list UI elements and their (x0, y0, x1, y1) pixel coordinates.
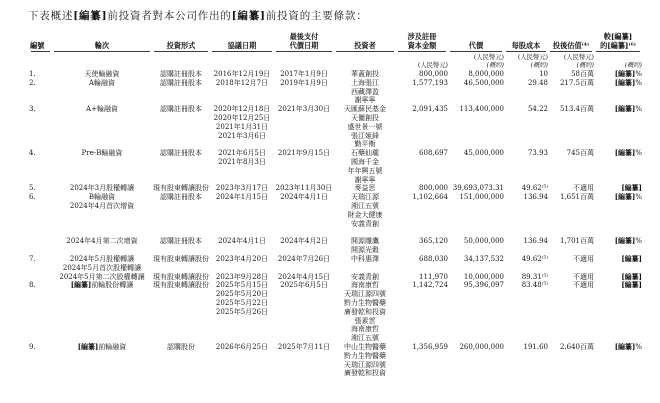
cell-investment-form-line: 現有股東轉讓股份 (152, 273, 210, 282)
cell-registered-capital: 365,120 (396, 237, 448, 255)
cell-consideration-line: 113,400,000 (448, 105, 504, 114)
cell-round-line: 2024年4月第二次增資 (52, 237, 152, 246)
cell-investment-form-line: 認購註冊股本 (152, 193, 210, 202)
cell-agreement-date-line: 2024年4月1日 (210, 237, 274, 246)
cell-cost-per-share: 136.94 (504, 237, 548, 255)
header-rule (276, 51, 332, 52)
cell-payment-date-line: 2021年9月15日 (274, 149, 334, 158)
header-line2: 編號 (29, 41, 52, 50)
header-line1 (504, 32, 548, 41)
cell-number-line (28, 237, 52, 246)
cell-cost-per-share-line: 49.62⁽⁵⁾ (504, 184, 548, 193)
cell-round-line: [編纂]前輪股份轉讓 (52, 281, 152, 290)
header-line2: 投資者 (334, 41, 396, 50)
cell-investor: 中科惠澤 (334, 255, 396, 273)
header-sub2: (概約) (548, 62, 594, 70)
cell-investor-line: 開源雕鷹 (334, 237, 396, 246)
cell-number-line (28, 273, 52, 282)
cell-investor-line: 湘江五號 (334, 202, 396, 211)
header-round: 輪次 (52, 32, 152, 70)
cell-consideration-line: 8,000,000 (448, 70, 504, 79)
cell-registered-capital-line: 1,142,724 (396, 281, 448, 290)
cell-investor: 天瑞江源湘江五號財金大健康安義青創 (334, 193, 396, 228)
cell-agreement-date: 2018年12月7日 (210, 79, 274, 105)
cell-agreement-date: 2024年4月1日 (210, 237, 274, 255)
cell-agreement-date-line: 2021年3月6日 (210, 132, 274, 141)
header-rule (31, 51, 50, 52)
cell-agreement-date-line: 2018年12月7日 (210, 79, 274, 88)
cell-discount: [編纂]% (594, 149, 642, 184)
intro-text: 下表概述[編纂]前投資者對本公司作出的[編纂]前投資的主要條款： (28, 9, 654, 23)
header-line2: 代價日期 (274, 41, 334, 50)
header-rule (506, 51, 546, 52)
cell-round-line: A+輪融資 (52, 105, 152, 114)
cell-consideration: 34,137,532 (448, 255, 504, 273)
cell-investor-line: 年年興五號 (334, 167, 396, 176)
header-cost: 每股成本(人民幣元)(概約) (504, 32, 548, 70)
cell-agreement-date: 2023年9月28日 (210, 273, 274, 282)
header-capital: 涉及註冊資本金額(人民幣元) (396, 32, 448, 70)
cell-number-line: 8. (28, 281, 52, 290)
header-line1 (548, 32, 594, 41)
cell-consideration-line: 260,000,000 (448, 343, 504, 352)
cell-payment-date: 2024年4月1日 (274, 193, 334, 228)
cell-investment-form: 現有股東轉讓股份 (152, 255, 210, 273)
header-line2: 每股成本 (504, 41, 548, 50)
cell-investor: 天匯蘇民基金天儷創投盛世景一號張江姬鋒勤平衡 (334, 105, 396, 149)
cell-consideration: 95,396,097 (448, 281, 504, 343)
cell-post-money-valuation-line: 217.5百萬 (548, 79, 594, 88)
cell-investor-line: 麥益思 (334, 184, 396, 193)
header-sub1 (274, 54, 334, 62)
cell-number-line: 5. (28, 184, 52, 193)
table-row: 6.B輪融資2024年4月首次增資認購註冊股本2024年1月15日2024年4月… (28, 193, 642, 228)
cell-round-line: Pre-B輪融資 (52, 149, 152, 158)
cell-number: 2. (28, 79, 52, 105)
cell-discount-line: [編纂]% (594, 105, 642, 114)
cell-post-money-valuation: 1,651百萬 (548, 193, 594, 228)
cell-cost-per-share-line: 83.48⁽⁵⁾ (504, 281, 548, 290)
cell-payment-date-line: 2023年11月30日 (274, 184, 334, 193)
cell-cost-per-share: 29.48 (504, 79, 548, 105)
cell-cost-per-share: 89.31⁽⁵⁾ (504, 273, 548, 282)
cell-investment-form-line: 認購註冊股本 (152, 149, 210, 158)
cell-agreement-date-line: 2021年8月3日 (210, 158, 274, 167)
table-row: 2024年5月第二次股權轉讓現有股東轉讓股份2023年9月28日2024年4月1… (28, 273, 642, 282)
header-sub1 (210, 54, 274, 62)
cell-investor-line: 國海千金 (334, 158, 396, 167)
cell-registered-capital-line: 688,030 (396, 255, 448, 264)
cell-round: Pre-B輪融資 (52, 149, 152, 184)
cell-post-money-valuation: 513.4百萬 (548, 105, 594, 149)
cell-cost-per-share: 54.22 (504, 105, 548, 149)
cell-investor: 中山生物醫藥黔力生物醫藥天瑞江源四號廣發乾和投資 (334, 343, 396, 378)
header-sub2: (概約) (504, 62, 548, 70)
header-rule (596, 51, 640, 52)
cell-number: 4. (28, 149, 52, 184)
cell-payment-date: 2017年1月9日 (274, 70, 334, 79)
cell-discount-line: [編纂]% (594, 343, 642, 352)
table-row: 2024年4月第二次增資認購註冊股本2024年4月1日2024年4月2日開源雕鷹… (28, 237, 642, 255)
cell-round-line: 2024年3月股權轉讓 (52, 184, 152, 193)
cell-agreement-date-line: 2021年1月31日 (210, 123, 274, 132)
cell-discount-line: [編纂] (594, 281, 642, 290)
cell-post-money-valuation: 1,701百萬 (548, 237, 594, 255)
cell-payment-date-line: 2017年1月9日 (274, 70, 334, 79)
cell-investment-form: 認購註冊股本 (152, 237, 210, 255)
cell-payment-date-line: 2024年4月15日 (274, 273, 334, 282)
cell-post-money-valuation-line: 1,701百萬 (548, 237, 594, 246)
cell-cost-per-share-line: 10 (504, 70, 548, 79)
cell-agreement-date: 2024年1月15日 (210, 193, 274, 228)
cell-round: B輪融資2024年4月首次增資 (52, 193, 152, 228)
cell-round: A輪融資 (52, 79, 152, 105)
cell-number-line: 6. (28, 193, 52, 202)
cell-number: 7. (28, 255, 52, 273)
cell-agreement-date-line: 2025年5月20日 (210, 290, 274, 299)
cell-round-line: 2024年5月股權轉讓 (52, 255, 152, 264)
cell-investor-line: 天匯蘇民基金 (334, 105, 396, 114)
cell-cost-per-share-line: 29.48 (504, 79, 548, 88)
header-line1 (210, 32, 274, 41)
cell-consideration: 10,000,000 (448, 273, 504, 282)
table-row: 7.2024年5月股權轉讓2024年5月首次股權轉讓現有股東轉讓股份2023年4… (28, 255, 642, 273)
table-row: 3.A+輪融資認購註冊股本2020年12月18日2020年12月25日2021年… (28, 105, 642, 149)
cell-round: A+輪融資 (52, 105, 152, 149)
cell-investment-form-line: 認購註冊股本 (152, 79, 210, 88)
cell-cost-per-share: 136.94 (504, 193, 548, 228)
header-rule (212, 51, 272, 52)
cell-investment-form: 認購註冊股本 (152, 149, 210, 184)
cell-investor-line: 安義青創 (334, 220, 396, 229)
cell-consideration: 8,000,000 (448, 70, 504, 79)
cell-discount: [編纂]% (594, 79, 642, 105)
cell-discount-line: [編纂] (594, 255, 642, 264)
header-consideration: 代價(人民幣元)(概約) (448, 32, 504, 70)
cell-discount: [編纂]% (594, 105, 642, 149)
cell-investor-line: 勤平衡 (334, 140, 396, 149)
cell-registered-capital-line: 2,091,435 (396, 105, 448, 114)
cell-payment-date: 2025年6月5日 (274, 281, 334, 343)
cell-discount: [編纂] (594, 281, 642, 343)
header-no: 編號 (28, 32, 52, 70)
cell-payment-date-line: 2025年7月11日 (274, 343, 334, 352)
cell-payment-date: 2024年4月2日 (274, 237, 334, 255)
header-sub1: (人民幣元) (504, 54, 548, 62)
header-sub2 (274, 62, 334, 70)
cell-consideration-line: 10,000,000 (448, 273, 504, 282)
cell-post-money-valuation-line: 513.4百萬 (548, 105, 594, 114)
cell-payment-date-line: 2024年7月26日 (274, 255, 334, 264)
cell-registered-capital-line: 1,577,193 (396, 79, 448, 88)
cell-post-money-valuation-line: 不適用 (548, 255, 594, 264)
header-line2: 協議日期 (210, 41, 274, 50)
cell-investment-form-line: 認購註冊股本 (152, 105, 210, 114)
header-line1 (152, 32, 210, 41)
cell-agreement-date-line: 2026年6月25日 (210, 343, 274, 352)
cell-cost-per-share-line: 136.94 (504, 193, 548, 202)
cell-investor: 麥益思 (334, 184, 396, 193)
cell-number-line: 4. (28, 149, 52, 158)
header-sub2: (人民幣元) (396, 62, 448, 70)
cell-number (28, 237, 52, 255)
cell-investor: 海南康哲天瑞江源四號黔力生物醫藥廣發乾和投資張素雲海南康哲湘江五號 (334, 281, 396, 343)
header-discount: 較[編纂]的[編纂]⁽⁶⁾(概約) (594, 32, 642, 70)
table-row: 4.Pre-B輪融資認購註冊股本2021年6月5日2021年8月3日2021年9… (28, 149, 642, 184)
cell-number-line: 1. (28, 70, 52, 79)
cell-investor-line: 廣發乾和投資 (334, 369, 396, 378)
cell-investment-form: 現有股東轉讓股份 (152, 184, 210, 193)
cell-payment-date-line: 2019年1月9日 (274, 79, 334, 88)
header-sub1: (人民幣元) (548, 54, 594, 62)
cell-payment-date: 2024年7月26日 (274, 255, 334, 273)
cell-round: [編纂]前輪融資 (52, 343, 152, 378)
cell-number: 8. (28, 281, 52, 343)
cell-consideration: 50,000,000 (448, 237, 504, 255)
cell-discount-line: [編纂]% (594, 149, 642, 158)
cell-agreement-date-line: 2025年5月26日 (210, 308, 274, 317)
cell-payment-date-line: 2024年4月1日 (274, 193, 334, 202)
cell-discount-line: [編纂]% (594, 237, 642, 246)
header-line2: 投資形式 (152, 41, 210, 50)
header-rule (550, 51, 592, 52)
cell-cost-per-share: 10 (504, 70, 548, 79)
header-rule (336, 51, 394, 52)
header-rule (54, 51, 150, 52)
header-sub2 (52, 62, 152, 70)
cell-post-money-valuation: 不適用 (548, 184, 594, 193)
cell-investor-line: 中科惠澤 (334, 255, 396, 264)
cell-number-line: 2. (28, 79, 52, 88)
cell-agreement-date: 2023年4月20日 (210, 255, 274, 273)
cell-round: 2024年5月第二次股權轉讓 (52, 273, 152, 282)
header-line2: 投後估值⁽⁴⁾ (548, 41, 594, 50)
cell-round-line: 2024年5月首次股權轉讓 (52, 264, 152, 273)
cell-consideration-line: 95,396,097 (448, 281, 504, 290)
cell-consideration: 260,000,000 (448, 343, 504, 378)
cell-investment-form: 認購股份 (152, 343, 210, 378)
cell-investor-line: 張素雲 (334, 317, 396, 326)
cell-cost-per-share-line: 54.22 (504, 105, 548, 114)
cell-discount: [編纂] (594, 255, 642, 273)
cell-cost-per-share: 49.62⁽⁵⁾ (504, 255, 548, 273)
cell-agreement-date-line: 2023年9月28日 (210, 273, 274, 282)
cell-investor-line: 盛世景一號 (334, 123, 396, 132)
cell-agreement-date-line: 2020年12月18日 (210, 105, 274, 114)
cell-investment-form: 認購註冊股本 (152, 193, 210, 228)
cell-registered-capital-line: 1,102,664 (396, 193, 448, 202)
cell-registered-capital-line: 800,000 (396, 70, 448, 79)
header-rule (450, 51, 502, 52)
cell-payment-date-line: 2021年3月30日 (274, 105, 334, 114)
cell-agreement-date: 2016年12月19日 (210, 70, 274, 79)
table-row: 9.[編纂]前輪融資認購股份2026年6月25日2025年7月11日中山生物醫藥… (28, 343, 642, 378)
cell-registered-capital: 1,356,959 (396, 343, 448, 378)
header-line1: 涉及註冊 (396, 32, 448, 41)
cell-payment-date: 2025年7月11日 (274, 343, 334, 378)
cell-post-money-valuation-line: 1,651百萬 (548, 193, 594, 202)
cell-payment-date: 2024年4月15日 (274, 273, 334, 282)
cell-agreement-date-line: 2020年12月25日 (210, 114, 274, 123)
cell-cost-per-share-line: 191.60 (504, 343, 548, 352)
cell-cost-per-share-line: 136.94 (504, 237, 548, 246)
cell-investor-line: 謝寧寧 (334, 96, 396, 105)
cell-investor-line: 安義青創 (334, 273, 396, 282)
cell-investment-form-line: 現有股東轉讓股份 (152, 281, 210, 290)
cell-investment-form: 現有股東轉讓股份 (152, 281, 210, 343)
cell-cost-per-share: 83.48⁽⁵⁾ (504, 281, 548, 343)
cell-number: 9. (28, 343, 52, 378)
table-header: 編號輪次投資形式協議日期最後支付代價日期投資者涉及註冊資本金額(人民幣元)代價(… (28, 32, 642, 70)
cell-cost-per-share: 73.93 (504, 149, 548, 184)
cell-consideration-line: 46,500,000 (448, 79, 504, 88)
cell-consideration-line: 39,693,073.31 (448, 184, 504, 193)
header-sub1 (396, 54, 448, 62)
cell-registered-capital: 1,577,193 (396, 79, 448, 105)
header-form: 投資形式 (152, 32, 210, 70)
cell-number-line: 7. (28, 255, 52, 264)
cell-consideration-line: 34,137,532 (448, 255, 504, 264)
cell-registered-capital: 608,697 (396, 149, 448, 184)
header-line1: 最後支付 (274, 32, 334, 41)
prospectus-page: 下表概述[編纂]前投資者對本公司作出的[編纂]前投資的主要條款： 編號輪次投資形… (0, 0, 660, 378)
header-sub2 (152, 62, 210, 70)
cell-round-line: 天使輪融資 (52, 70, 152, 79)
cell-payment-date-line: 2025年6月5日 (274, 281, 334, 290)
cell-consideration-line: 45,000,000 (448, 149, 504, 158)
header-line1 (29, 32, 52, 41)
cell-agreement-date-line: 2025年5月15日 (210, 281, 274, 290)
cell-registered-capital: 688,030 (396, 255, 448, 273)
cell-payment-date: 2023年11月30日 (274, 184, 334, 193)
cell-agreement-date: 2020年12月18日2020年12月25日2021年1月31日2021年3月6… (210, 105, 274, 149)
cell-investor-line: 開源光穀 (334, 246, 396, 255)
cell-consideration-line: 50,000,000 (448, 237, 504, 246)
cell-post-money-valuation-line: 不適用 (548, 184, 594, 193)
cell-investment-form: 認購註冊股本 (152, 79, 210, 105)
cell-registered-capital-line: 111,970 (396, 273, 448, 282)
header-sub1: (人民幣元) (448, 54, 504, 62)
cell-investor-line: 海南康哲 (334, 281, 396, 290)
cell-registered-capital: 1,142,724 (396, 281, 448, 343)
header-line1: 較[編纂] (594, 32, 642, 41)
header-sub1 (29, 54, 52, 62)
cell-number-line: 9. (28, 343, 52, 352)
header-line2: 輪次 (52, 41, 152, 50)
header-sub2 (29, 62, 52, 70)
cell-cost-per-share: 191.60 (504, 343, 548, 378)
header-payment: 最後支付代價日期 (274, 32, 334, 70)
header-line1 (448, 32, 504, 41)
cell-post-money-valuation: 2,640百萬 (548, 343, 594, 378)
cell-registered-capital: 800,000 (396, 184, 448, 193)
header-sub1 (52, 54, 152, 62)
cell-consideration: 151,000,000 (448, 193, 504, 228)
cell-round-line: B輪融資 (52, 193, 152, 202)
cell-investor-line: 財金大健康 (334, 211, 396, 220)
table-row: 5.2024年3月股權轉讓現有股東轉讓股份2023年3月17日2023年11月3… (28, 184, 642, 193)
cell-investor-line: 廣發乾和投資 (334, 308, 396, 317)
table-body: 1.天使輪融資認購註冊股本2016年12月19日2017年1月9日華蓋創投800… (28, 70, 642, 378)
cell-discount-line: [編纂]% (594, 79, 642, 88)
cell-agreement-date: 2026年6月25日 (210, 343, 274, 378)
cell-post-money-valuation: 745百萬 (548, 149, 594, 184)
cell-investor-line: 天儷創投 (334, 114, 396, 123)
cell-payment-date: 2021年3月30日 (274, 105, 334, 149)
header-sub1 (334, 54, 396, 62)
cell-agreement-date-line: 2025年5月22日 (210, 299, 274, 308)
header-agreement: 協議日期 (210, 32, 274, 70)
header-valuation: 投後估值⁽⁴⁾(人民幣元)(概約) (548, 32, 594, 70)
cell-cost-per-share: 49.62⁽⁵⁾ (504, 184, 548, 193)
cell-investment-form-line: 現有股東轉讓股份 (152, 255, 210, 264)
cell-round: 2024年4月第二次增資 (52, 237, 152, 255)
cell-round: [編纂]前輪股份轉讓 (52, 281, 152, 343)
cell-post-money-valuation-line: 不適用 (548, 281, 594, 290)
cell-discount: [編纂]% (594, 237, 642, 255)
cell-round-line: 2024年5月第二次股權轉讓 (52, 273, 152, 282)
cell-investment-form: 認購註冊股本 (152, 70, 210, 79)
cell-payment-date-line: 2024年4月2日 (274, 237, 334, 246)
cell-investment-form-line: 認購股份 (152, 343, 210, 352)
header-line1 (52, 32, 152, 41)
cell-number: 6. (28, 193, 52, 228)
cell-agreement-date-line: 2024年1月15日 (210, 193, 274, 202)
header-sub2 (210, 62, 274, 70)
cell-investor-line: 天瑞江源四號 (334, 290, 396, 299)
cell-investor-line: 海南康哲 (334, 325, 396, 334)
cell-round: 天使輪融資 (52, 70, 152, 79)
cell-consideration: 46,500,000 (448, 79, 504, 105)
cell-number: 1. (28, 70, 52, 79)
header-sub1 (152, 54, 210, 62)
header-investors: 投資者 (334, 32, 396, 70)
cell-cost-per-share-line: 73.93 (504, 149, 548, 158)
cell-registered-capital: 1,102,664 (396, 193, 448, 228)
cell-investor: 華蓋創投 (334, 70, 396, 79)
cell-investor-line: 黔力生物醫藥 (334, 299, 396, 308)
cell-registered-capital: 2,091,435 (396, 105, 448, 149)
cell-discount: [編纂]% (594, 343, 642, 378)
cell-investment-form: 現有股東轉讓股份 (152, 273, 210, 282)
header-line2: 資本金額 (396, 41, 448, 50)
pre-ipo-investment-table: 編號輪次投資形式協議日期最後支付代價日期投資者涉及註冊資本金額(人民幣元)代價(… (28, 32, 642, 378)
cell-round-line: [編纂]前輪融資 (52, 343, 152, 352)
header-sub2 (334, 62, 396, 70)
cell-post-money-valuation: 不適用 (548, 255, 594, 273)
cell-number (28, 273, 52, 282)
header-sub2: (概約) (448, 62, 504, 70)
cell-investor-line: 湘江五號 (334, 334, 396, 343)
cell-post-money-valuation: 58百萬 (548, 70, 594, 79)
table-row: 2.A輪融資認購註冊股本2018年12月7日2019年1月9日上海張江西藏澤盈謝… (28, 79, 642, 105)
cell-registered-capital-line: 608,697 (396, 149, 448, 158)
cell-agreement-date-line: 2021年6月5日 (210, 149, 274, 158)
cell-cost-per-share-line: 49.62⁽⁵⁾ (504, 255, 548, 264)
cell-investor: 石藥仙瓏國海千金年年興五號謝寧寧 (334, 149, 396, 184)
cell-payment-date: 2019年1月9日 (274, 79, 334, 105)
cell-investor-line: 中山生物醫藥 (334, 343, 396, 352)
cell-post-money-valuation-line: 745百萬 (548, 149, 594, 158)
cell-cost-per-share-line: 89.31⁽⁵⁾ (504, 273, 548, 282)
cell-investment-form-line: 認購註冊股本 (152, 70, 210, 79)
header-line2: 代價 (448, 41, 504, 50)
cell-number-line: 3. (28, 105, 52, 114)
header-line1 (334, 32, 396, 41)
cell-post-money-valuation: 217.5百萬 (548, 79, 594, 105)
cell-round-line: 2024年4月首次增資 (52, 202, 152, 211)
cell-investment-form-line: 現有股東轉讓股份 (152, 184, 210, 193)
